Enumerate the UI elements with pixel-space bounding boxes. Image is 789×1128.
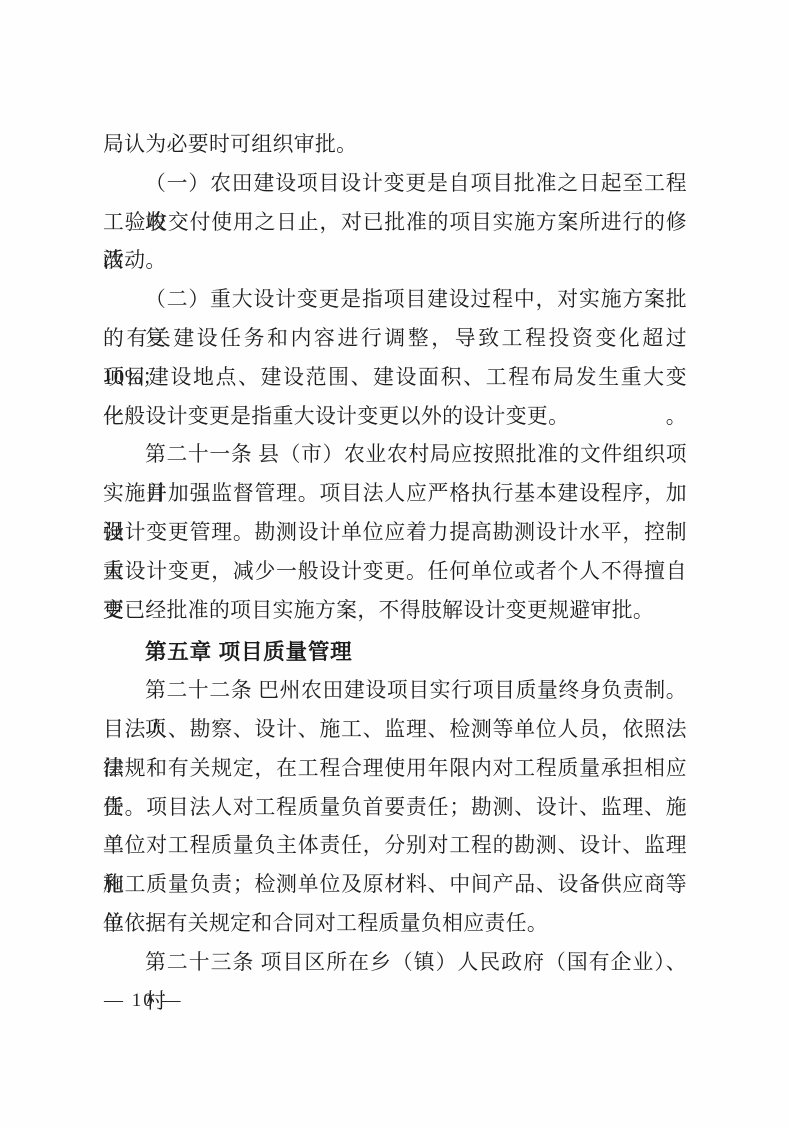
text-line: 工验收交付使用之日止，对已批准的项目实施方案所进行的修改 xyxy=(103,204,687,243)
text-line: 局认为必要时可组织审批。 xyxy=(103,126,687,165)
text-line: 项目建设地点、建设范围、建设面积、工程布局发生重大变化。 xyxy=(103,359,687,398)
chapter-heading: 第五章 项目质量管理 xyxy=(103,633,687,672)
text-line: 施工质量负责；检测单位及原材料、中间产品、设备供应商等单 xyxy=(103,866,687,905)
text-line: 更已经批准的项目实施方案，不得肢解设计变更规避审批。 xyxy=(103,592,687,631)
text-line: （一）农田建设项目设计变更是自项目批准之日起至工程竣 xyxy=(103,165,687,204)
text-line: （二）重大设计变更是指项目建设过程中，对实施方案批复 xyxy=(103,281,687,320)
text-line: 第二十一条 县（市）农业农村局应按照批准的文件组织项目 xyxy=(103,436,687,475)
text-line: 目法人、勘察、设计、施工、监理、检测等单位人员，依照法律 xyxy=(103,711,687,750)
text-line: 法规和有关规定，在工程合理使用年限内对工程质量承担相应责 xyxy=(103,750,687,789)
text-line: 单位对工程质量负主体责任，分别对工程的勘测、设计、监理和 xyxy=(103,827,687,866)
text-line: 实施并加强监督管理。项目法人应严格执行基本建设程序，加强 xyxy=(103,475,687,514)
document-page: 局认为必要时可组织审批。（一）农田建设项目设计变更是自项目批准之日起至工程竣工验… xyxy=(0,0,789,1128)
text-line: 设计变更管理。勘测设计单位应着力提高勘测设计水平，控制重 xyxy=(103,514,687,553)
text-line: 大设计变更，减少一般设计变更。任何单位或者个人不得擅自变 xyxy=(103,553,687,592)
text-line: 位依据有关规定和合同对工程质量负相应责任。 xyxy=(103,905,687,944)
text-area: 局认为必要时可组织审批。（一）农田建设项目设计变更是自项目批准之日起至工程竣工验… xyxy=(103,126,687,983)
page-number: — 10 — xyxy=(104,990,183,1012)
text-line: 第二十二条 巴州农田建设项目实行项目质量终身负责制。项 xyxy=(103,672,687,711)
text-line: 任。项目法人对工程质量负首要责任；勘测、设计、监理、施工 xyxy=(103,789,687,828)
text-line: 第二十三条 项目区所在乡（镇）人民政府（国有企业）、村 xyxy=(103,944,687,983)
text-line: 的有关建设任务和内容进行调整，导致工程投资变化超过 10%； xyxy=(103,320,687,359)
text-line: 活动。 xyxy=(103,242,687,281)
